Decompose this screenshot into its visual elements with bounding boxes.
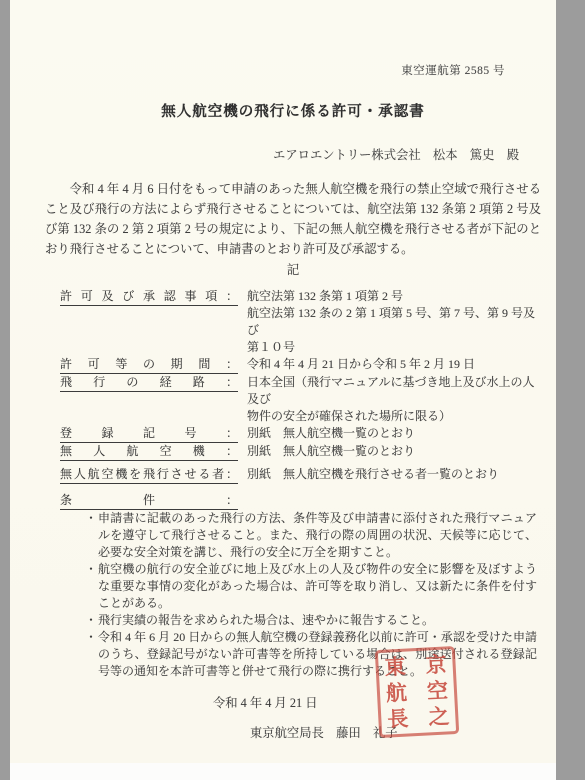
field-label: 無人航空機： [60, 443, 238, 461]
field-values: 別紙 無人航空機一覧のとおり [247, 443, 415, 461]
field-value-line: 第１０号 [247, 339, 541, 356]
condition-item: ・ 令和 4 年 6 月 20 日からの無人航空機の登録義務化以前に許可・承認を… [85, 629, 537, 680]
field-label: 許可等の期間： [60, 356, 238, 374]
condition-item: ・ 飛行実績の報告を求められた場合は、速やかに報告すること。 [85, 612, 537, 629]
field-value-line: 日本全国（飛行マニュアルに基づき地上及び水上の人及び [247, 374, 541, 408]
official-seal-stamp: 東京 航空局 長之印 [375, 646, 459, 738]
condition-item: ・ 申請書に記載のあった飛行の方法、条件等及び申請書に添付された飛行マニュアルを… [85, 510, 537, 561]
field-value-line: 別紙 無人航空機一覧のとおり [247, 425, 415, 442]
field-value-line: 別紙 無人航空機一覧のとおり [247, 443, 415, 460]
doc-number: 東空運航第 2585 号 [45, 62, 505, 78]
field-row-uav: 無人航空機： 別紙 無人航空機一覧のとおり [60, 443, 541, 461]
body-paragraph: 令和 4 年 4 月 6 日付をもって申請のあった無人航空機を飛行の禁止空域で飛… [45, 179, 541, 259]
bullet-icon: ・ [85, 510, 97, 527]
seal-text-row: 東京 [384, 651, 447, 680]
recipient-line: エアロエントリー株式会社 松本 篤史 殿 [45, 145, 519, 163]
field-row-approval-items: 許可及び承認事項： 航空法第 132 条第 1 項第 2 号 航空法第 132 … [60, 288, 541, 356]
document-page: 東空運航第 2585 号 無人航空機の飛行に係る許可・承認書 エアロエントリー株… [10, 0, 556, 763]
field-values: 別紙 無人航空機一覧のとおり [247, 425, 415, 443]
field-label: 許可及び承認事項： [60, 288, 238, 306]
bullet-icon: ・ [85, 612, 97, 629]
condition-text: 申請書に記載のあった飛行の方法、条件等及び申請書に添付された飛行マニュアルを遵守… [98, 511, 537, 559]
scan-background: { "document": { "doc_number": "東空運航第 258… [0, 0, 585, 780]
ki-heading: 記 [45, 262, 541, 279]
fields-section: 許可及び承認事項： 航空法第 132 条第 1 項第 2 号 航空法第 132 … [45, 288, 541, 510]
bullet-icon: ・ [85, 629, 97, 646]
field-value-line: 別紙 無人航空機を飛行させる者一覧のとおり [247, 466, 499, 483]
next-page-edge [10, 763, 556, 780]
field-values: 別紙 無人航空機を飛行させる者一覧のとおり [247, 466, 499, 484]
seal-text-row: 航空局 [385, 677, 448, 706]
field-values: 日本全国（飛行マニュアルに基づき地上及び水上の人及び 物件の安全が確保された場所… [247, 374, 541, 425]
field-row-uav-operator: 無人航空機を飛行させる者： 別紙 無人航空機を飛行させる者一覧のとおり [60, 466, 541, 484]
field-label: 無人航空機を飛行させる者： [60, 466, 238, 484]
field-label: 登録記号： [60, 425, 238, 443]
condition-text: 令和 4 年 6 月 20 日からの無人航空機の登録義務化以前に許可・承認を受け… [98, 630, 537, 678]
field-values: 令和 4 年 4 月 21 日から令和 5 年 2 月 19 日 [247, 356, 475, 374]
field-label: 飛行の経路： [60, 374, 238, 392]
field-value-line: 物件の安全が確保された場所に限る） [247, 408, 541, 425]
field-values: 航空法第 132 条第 1 項第 2 号 航空法第 132 条の 2 第 1 項… [247, 288, 541, 356]
field-value-line: 航空法第 132 条第 1 項第 2 号 [247, 288, 541, 305]
condition-text: 飛行実績の報告を求められた場合は、速やかに報告すること。 [98, 613, 434, 627]
field-row-conditions: 条件： [60, 492, 541, 510]
field-label: 条件： [60, 492, 238, 510]
field-row-permit-period: 許可等の期間： 令和 4 年 4 月 21 日から令和 5 年 2 月 19 日 [60, 356, 541, 374]
condition-item: ・ 航空機の航行の安全並びに地上及び水上の人及び物件の安全に影響を及ぼすような重… [85, 561, 537, 612]
condition-text: 航空機の航行の安全並びに地上及び水上の人及び物件の安全に影響を及ぼすような重要な… [98, 562, 537, 610]
seal-text-row: 長之印 [387, 703, 450, 732]
document-title: 無人航空機の飛行に係る許可・承認書 [45, 100, 541, 121]
bullet-icon: ・ [85, 561, 97, 578]
field-row-flight-route: 飛行の経路： 日本全国（飛行マニュアルに基づき地上及び水上の人及び 物件の安全が… [60, 374, 541, 425]
field-value-line: 航空法第 132 条の 2 第 1 項第 5 号、第 7 号、第 9 号及び [247, 305, 541, 339]
field-value-line: 令和 4 年 4 月 21 日から令和 5 年 2 月 19 日 [247, 356, 475, 373]
conditions-list: ・ 申請書に記載のあった飛行の方法、条件等及び申請書に添付された飛行マニュアルを… [85, 510, 537, 680]
field-row-registration-id: 登録記号： 別紙 無人航空機一覧のとおり [60, 425, 541, 443]
